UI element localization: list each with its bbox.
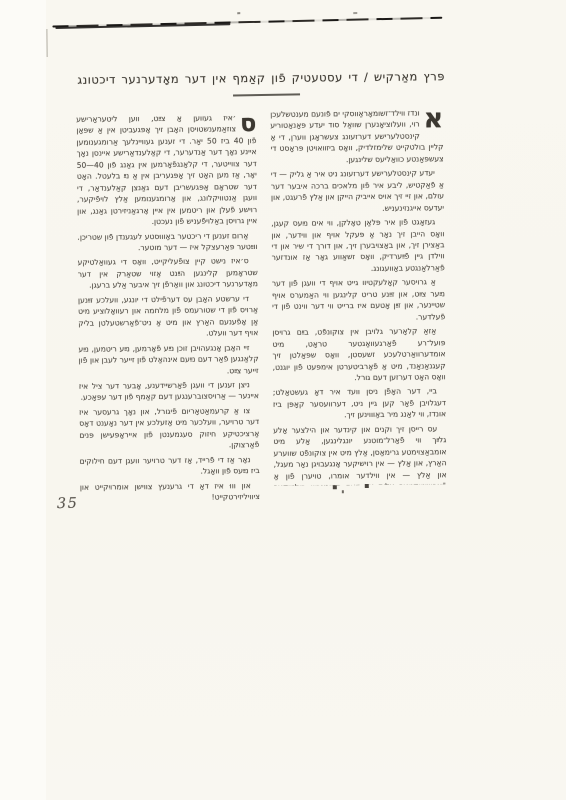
page-content: פּרץ מאַרקיש / די עסטעטיק פֿון קאַמף אין…: [0, 0, 566, 800]
scan-speck: [353, 12, 357, 14]
paragraph: אונדז ווילד־זשומאָראַווסקי ים פֿונעם מענ…: [270, 107, 444, 166]
paragraph: עס רייסן זיך וקנים און קינדער און הילצער…: [273, 423, 447, 486]
paragraph: צו אַ קרעמאַטאָריום פֿיגורל, און נאָך גר…: [79, 405, 259, 453]
drop-cap-letter: ס: [240, 113, 257, 133]
asterisk-mark-icon: [365, 484, 369, 488]
paragraph: געזאָגט פֿון איר פּלאַן טאָלקן, ווי אים …: [271, 216, 445, 275]
paragraph: ביי, דער האָפֿן ניסן וועד איר דאָ געשטאַ…: [273, 386, 446, 422]
paragraph: אַרום זענען די ריכטער באַוווּסטע לעגענדן…: [77, 230, 257, 255]
paragraph: אַזאַ קלאָרער גלויבן אין צוקונפֿט, בײַם …: [272, 325, 446, 384]
scan-edge-left-tick: [46, 29, 47, 57]
running-header: פּרץ מאַרקיש / די עסטעטיק פֿון קאַמף אין…: [91, 69, 445, 86]
scan-speck: [237, 12, 240, 14]
text-column-left: ס׳איז געווען אַ צײַט, ווען ליטעראַרישע צ…: [76, 112, 260, 506]
page-number: 35: [57, 496, 79, 513]
paragraph: זיי האָבן אָנגעהויבן זוכן נײַע פֿאָרמען,…: [78, 342, 258, 378]
drop-cap-letter: א: [423, 108, 443, 130]
paragraph: אַ גרויסער קאָלעקטיוו גייט אויף די וועגן…: [272, 277, 445, 324]
paragraph: ס׳איז געווען אַ צײַט, ווען ליטעראַרישע צ…: [76, 112, 257, 228]
asterisk-mark-icon: [342, 490, 344, 493]
paragraph: נאָר אַז די פֿרייד, אַז דער טרויער וועגן…: [79, 454, 259, 479]
paragraph: יעדע קינסטלערישע דערזעונג ניט איר אַ גלי…: [271, 167, 444, 214]
header-underline: [233, 93, 300, 96]
section-separator-asterisks: [331, 484, 373, 496]
paragraph: די ערשטע האָבן עס דערפֿילט די יונגע, ווע…: [78, 293, 258, 341]
paragraph: ניצן זענען די וועגן פֿאַרשיידענע, אָבער …: [79, 379, 259, 404]
asterisk-mark-icon: [333, 485, 337, 489]
paragraph: און וווּ איז דאָ די גרענעץ צווישן אומרוי…: [80, 480, 260, 505]
paragraph: ס׳איז נישט קיין צופֿעליקייט, וואָס די גע…: [78, 255, 258, 291]
text-column-right: אונדז ווילד־זשומאָראַווסקי ים פֿונעם מענ…: [270, 107, 447, 486]
